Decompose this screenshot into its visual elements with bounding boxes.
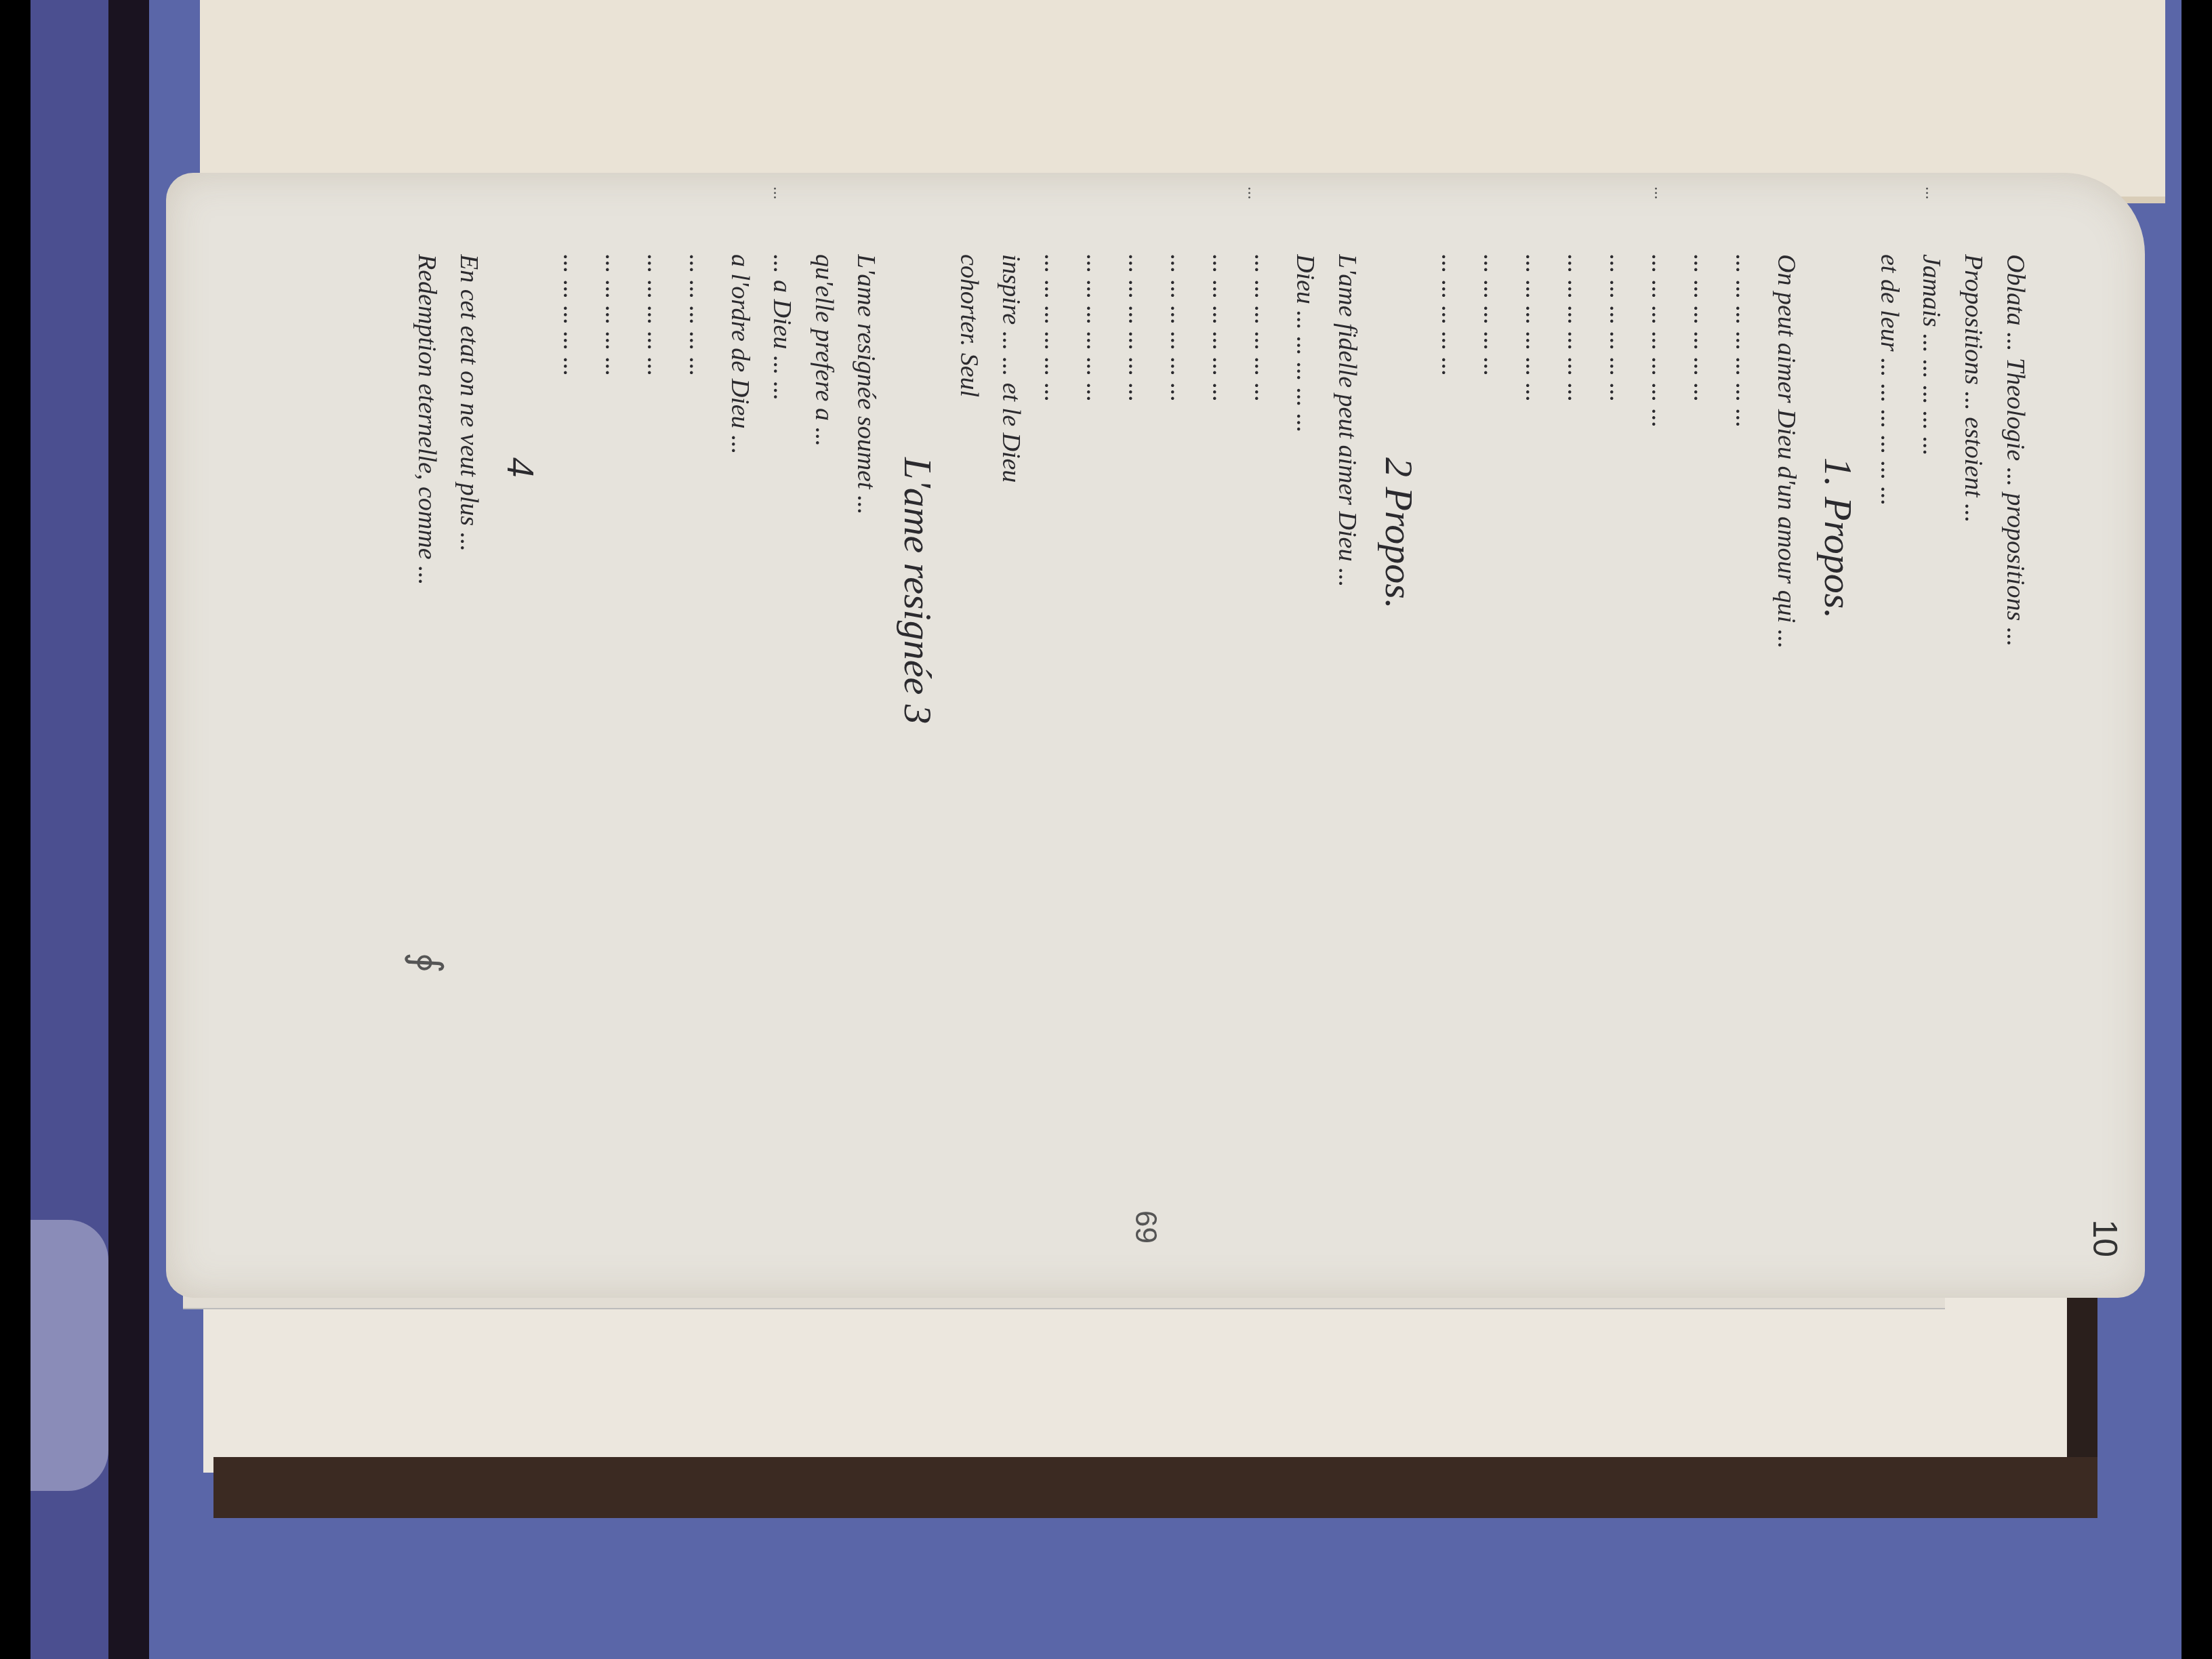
text-line: et de leur ... ... ... ... ... ...	[1868, 254, 1910, 1203]
text-line: En cet etat on ne veut plus ...	[448, 254, 490, 1203]
text-line: qu'elle prefere a ...	[803, 254, 845, 1203]
signature-flourish: ∮	[403, 952, 451, 973]
text-line: ... ... ... ... ... ...	[1681, 254, 1723, 1203]
letterbox-left	[0, 0, 30, 1659]
page-stack	[203, 1288, 2067, 1473]
text-line: ... ... ... ... ... ...	[1116, 254, 1158, 1203]
text-line: ... ... ... ... ...	[593, 254, 635, 1203]
text-line: ... ... ... ... ... ...	[1158, 254, 1200, 1203]
text-line: ... ... ... ... ...	[1429, 254, 1471, 1203]
text-line: On peut aimer Dieu d'un amour qui ...	[1765, 254, 1807, 1203]
margin-note: ...	[769, 186, 790, 200]
cover-bottom-edge	[213, 1457, 2097, 1518]
text-line: Redemption eternelle, comme ...	[406, 254, 448, 1203]
letterbox-right	[2182, 0, 2212, 1659]
text-line: ... ... ... ... ...	[551, 254, 593, 1203]
margin-note: ...	[1244, 186, 1264, 200]
text-line: Propositions ... estoient ...	[1952, 254, 1994, 1203]
text-line: ... ... ... ... ... ... ...	[1639, 254, 1681, 1203]
text-line: Dieu ... ... ... ... ...	[1284, 254, 1326, 1203]
section-heading: 2 Propos.	[1368, 254, 1429, 1203]
margin-note: ...	[1650, 186, 1671, 200]
section-heading: L'ame resignée 3	[887, 254, 948, 1203]
text-line: ... ... ... ... ... ...	[1597, 254, 1639, 1203]
section-heading: 4	[490, 254, 551, 1203]
text-line: ... ... ... ... ... ...	[1032, 254, 1074, 1203]
text-line: ... ... ... ... ... ... ...	[1723, 254, 1765, 1203]
text-line: ... ... ... ... ...	[635, 254, 677, 1203]
text-line: ... ... ... ... ... ...	[1074, 254, 1116, 1203]
margin-note: ...	[1921, 186, 1942, 200]
text-line: ... ... ... ... ... ...	[1242, 254, 1284, 1203]
text-line: L'ame fidelle peut aimer Dieu ...	[1326, 254, 1368, 1203]
text-line: cohorter. Seul	[948, 254, 990, 1203]
page-number: 10	[2085, 1219, 2125, 1257]
text-line: a l'ordre de Dieu ...	[719, 254, 761, 1203]
white-cloth	[30, 1220, 108, 1491]
text-line: ... ... ... ... ... ...	[1200, 254, 1242, 1203]
manuscript-page: 10 69 ... ... ... ... Oblata ... Theolog…	[166, 173, 2145, 1298]
text-line: ... ... ... ... ...	[677, 254, 719, 1203]
text-line: ... ... ... ... ... ...	[1513, 254, 1555, 1203]
text-line: ... ... ... ... ...	[1471, 254, 1513, 1203]
text-line: inspire ... ... et le Dieu	[990, 254, 1032, 1203]
text-line: ... ... ... ... ... ...	[1555, 254, 1597, 1203]
section-heading: 1. Propos.	[1807, 254, 1868, 1203]
manuscript-text: Oblata ... Theologie ... propositions ..…	[207, 254, 2036, 1203]
text-line: Jamais ... ... ... ... ...	[1910, 254, 1952, 1203]
text-line: ... a Dieu ... ...	[761, 254, 803, 1203]
text-line: L'ame resignée soumet ...	[845, 254, 887, 1203]
book-stand-edge	[108, 0, 149, 1659]
pencil-folio-mark: 69	[1128, 1210, 1162, 1244]
text-line: Oblata ... Theologie ... propositions ..…	[1994, 254, 2036, 1203]
